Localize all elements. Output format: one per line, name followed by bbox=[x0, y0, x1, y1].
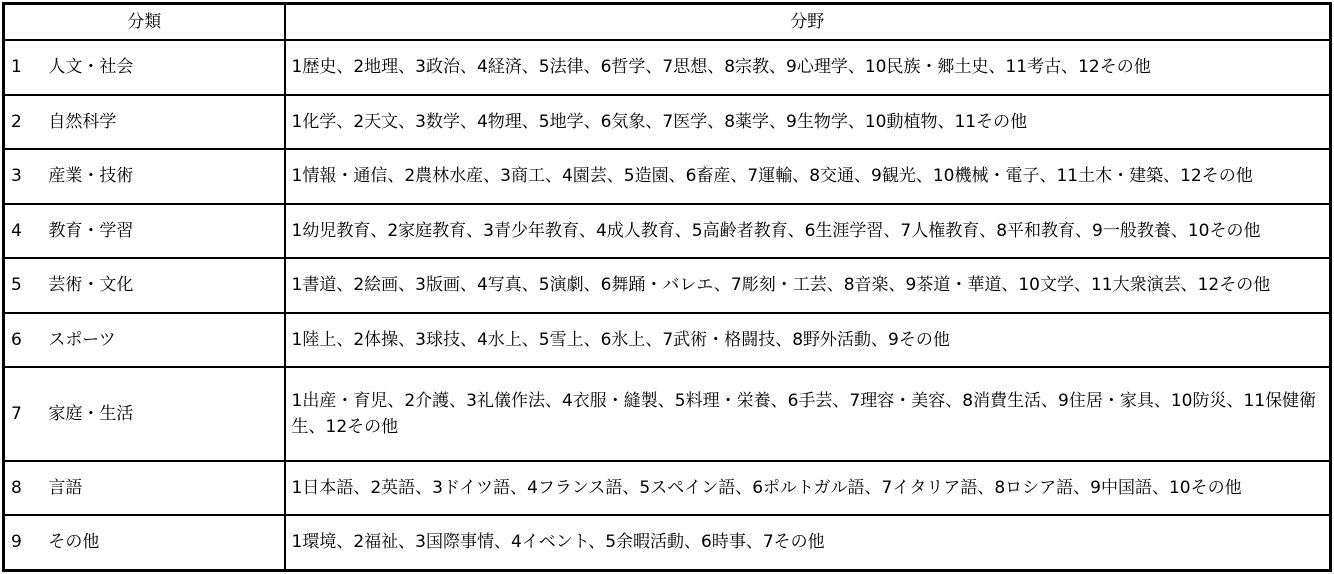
table-row: 3 産業・技術 1情報・通信、2農林水産、3商工、4園芸、5造園、6畜産、7運輸… bbox=[4, 149, 1331, 203]
category-cell: 8 言語 bbox=[4, 461, 285, 515]
category-label: 芸術・文化 bbox=[48, 272, 133, 298]
category-cell: 4 教育・学習 bbox=[4, 204, 285, 258]
header-row: 分類 分野 bbox=[4, 4, 1331, 41]
table-row: 4 教育・学習 1幼児教育、2家庭教育、3青少年教育、4成人教育、5高齢者教育、… bbox=[4, 204, 1331, 258]
fields-cell: 1幼児教育、2家庭教育、3青少年教育、4成人教育、5高齢者教育、6生涯学習、7人… bbox=[285, 204, 1331, 258]
fields-cell: 1情報・通信、2農林水産、3商工、4園芸、5造園、6畜産、7運輸、8交通、9観光… bbox=[285, 149, 1331, 203]
row-number: 4 bbox=[11, 218, 29, 244]
row-number: 3 bbox=[11, 163, 29, 189]
category-label: 家庭・生活 bbox=[48, 401, 133, 427]
row-number: 7 bbox=[11, 401, 29, 427]
row-number: 8 bbox=[11, 475, 29, 501]
table-row: 8 言語 1日本語、2英語、3ドイツ語、4フランス語、5スペイン語、6ポルトガル… bbox=[4, 461, 1331, 515]
row-number: 1 bbox=[11, 54, 29, 80]
table-row: 5 芸術・文化 1書道、2絵画、3版画、4写真、5演劇、6舞踊・バレエ、7彫刻・… bbox=[4, 258, 1331, 312]
table-row: 9 その他 1環境、2福祉、3国際事情、4イベント、5余暇活動、6時事、7その他 bbox=[4, 515, 1331, 570]
category-cell: 2 自然科学 bbox=[4, 95, 285, 149]
table-row: 7 家庭・生活 1出産・育児、2介護、3礼儀作法、4衣服・縫製、5料理・栄養、6… bbox=[4, 367, 1331, 461]
category-cell: 6 スポーツ bbox=[4, 313, 285, 367]
category-cell: 3 産業・技術 bbox=[4, 149, 285, 203]
fields-cell: 1陸上、2体操、3球技、4水上、5雪上、6氷上、7武術・格闘技、8野外活動、9そ… bbox=[285, 313, 1331, 367]
fields-cell: 1歴史、2地理、3政治、4経済、5法律、6哲学、7思想、8宗教、9心理学、10民… bbox=[285, 40, 1331, 94]
document-page: 分類 分野 1 人文・社会 1歴史、2地理、3政治、4経済、5法律、6哲学、7思… bbox=[0, 0, 1334, 574]
fields-cell: 1環境、2福祉、3国際事情、4イベント、5余暇活動、6時事、7その他 bbox=[285, 515, 1331, 570]
classification-table: 分類 分野 1 人文・社会 1歴史、2地理、3政治、4経済、5法律、6哲学、7思… bbox=[2, 2, 1332, 572]
table-row: 6 スポーツ 1陸上、2体操、3球技、4水上、5雪上、6氷上、7武術・格闘技、8… bbox=[4, 313, 1331, 367]
category-label: スポーツ bbox=[48, 327, 115, 353]
table-row: 1 人文・社会 1歴史、2地理、3政治、4経済、5法律、6哲学、7思想、8宗教、… bbox=[4, 40, 1331, 94]
category-cell: 7 家庭・生活 bbox=[4, 367, 285, 461]
category-cell: 9 その他 bbox=[4, 515, 285, 570]
category-label: 言語 bbox=[48, 475, 82, 501]
fields-cell: 1日本語、2英語、3ドイツ語、4フランス語、5スペイン語、6ポルトガル語、7イタ… bbox=[285, 461, 1331, 515]
category-label: 自然科学 bbox=[48, 109, 116, 135]
fields-cell: 1出産・育児、2介護、3礼儀作法、4衣服・縫製、5料理・栄養、6手芸、7理容・美… bbox=[285, 367, 1331, 461]
fields-cell: 1書道、2絵画、3版画、4写真、5演劇、6舞踊・バレエ、7彫刻・工芸、8音楽、9… bbox=[285, 258, 1331, 312]
category-label: 教育・学習 bbox=[48, 218, 133, 244]
category-label: その他 bbox=[48, 529, 99, 555]
category-label: 産業・技術 bbox=[48, 163, 133, 189]
header-category: 分類 bbox=[4, 4, 285, 41]
row-number: 6 bbox=[11, 327, 29, 353]
category-cell: 5 芸術・文化 bbox=[4, 258, 285, 312]
category-cell: 1 人文・社会 bbox=[4, 40, 285, 94]
category-label: 人文・社会 bbox=[48, 54, 133, 80]
table-row: 2 自然科学 1化学、2天文、3数学、4物理、5地学、6気象、7医学、8薬学、9… bbox=[4, 95, 1331, 149]
fields-cell: 1化学、2天文、3数学、4物理、5地学、6気象、7医学、8薬学、9生物学、10動… bbox=[285, 95, 1331, 149]
row-number: 9 bbox=[11, 529, 29, 555]
row-number: 5 bbox=[11, 272, 29, 298]
header-fields: 分野 bbox=[285, 4, 1331, 41]
row-number: 2 bbox=[11, 109, 29, 135]
